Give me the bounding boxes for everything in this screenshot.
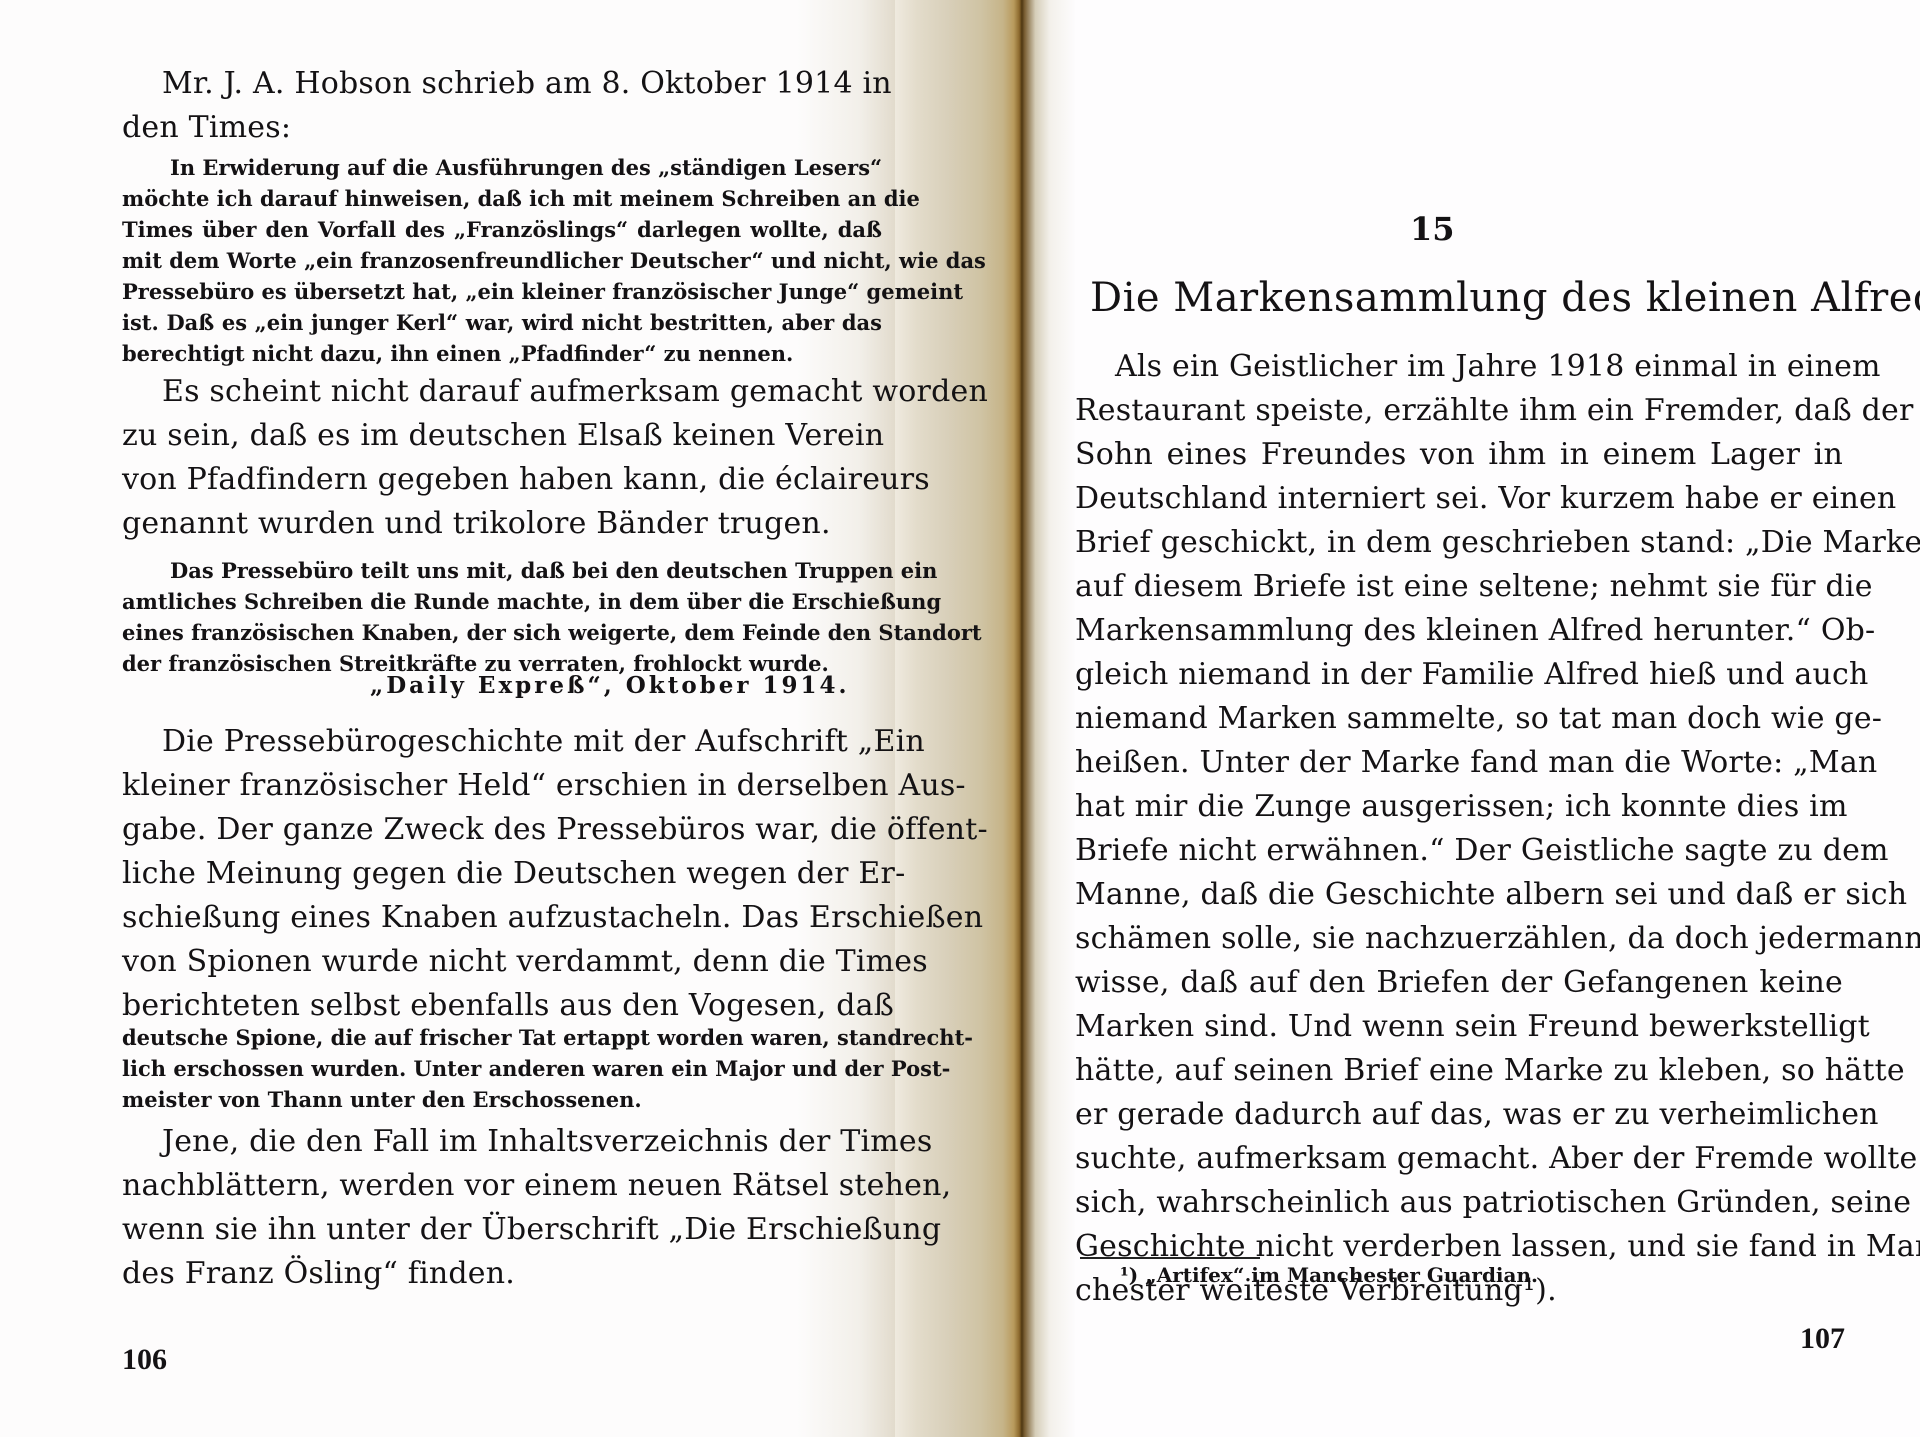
quote-daily-express: Das Pressebüro teilt uns mit, daß bei de… xyxy=(122,555,882,679)
text-line: Times über den Vorfall des „Französlings… xyxy=(122,214,882,245)
quote-source: „Daily Expreß“, Oktober 1914. xyxy=(370,672,850,699)
text-line: Sohn eines Freundes von ihm in einem Lag… xyxy=(1075,433,1843,477)
text-line: eines französischen Knaben, der sich wei… xyxy=(122,617,882,648)
text-line: Manne, daß die Geschichte albern sei und… xyxy=(1075,873,1843,917)
text-line: möchte ich darauf hinweisen, daß ich mit… xyxy=(122,183,882,214)
text-line: Als ein Geistlicher im Jahre 1918 einmal… xyxy=(1075,345,1843,389)
text-line: sich, wahrscheinlich aus patriotischen G… xyxy=(1075,1181,1843,1225)
chapter-body: Als ein Geistlicher im Jahre 1918 einmal… xyxy=(1075,345,1843,1313)
text-line: nachblättern, werden vor einem neuen Rät… xyxy=(122,1164,882,1208)
text-line: Briefe nicht erwähnen.“ Der Geistliche s… xyxy=(1075,829,1843,873)
text-line: hat mir die Zunge ausgerissen; ich konnt… xyxy=(1075,785,1843,829)
text-line: zu sein, daß es im deutschen Elsaß keine… xyxy=(122,414,882,458)
text-line: Das Pressebüro teilt uns mit, daß bei de… xyxy=(122,555,882,586)
text-line: In Erwiderung auf die Ausführungen des „… xyxy=(122,152,882,183)
text-line: Deutschland interniert sei. Vor kurzem h… xyxy=(1075,477,1843,521)
text-line: Jene, die den Fall im Inhaltsverzeichnis… xyxy=(122,1120,882,1164)
text-line: heißen. Unter der Marke fand man die Wor… xyxy=(1075,741,1843,785)
book-spread: Mr. J. A. Hobson schrieb am 8. Oktober 1… xyxy=(0,0,1920,1437)
text-line: von Pfadfindern gegeben haben kann, die … xyxy=(122,458,882,502)
text-line: hätte, auf seinen Brief eine Marke zu kl… xyxy=(1075,1049,1843,1093)
text-line: ist. Daß es „ein junger Kerl“ war, wird … xyxy=(122,307,882,338)
text-line: gleich niemand in der Familie Alfred hie… xyxy=(1075,653,1843,697)
text-line: Mr. J. A. Hobson schrieb am 8. Oktober 1… xyxy=(122,62,882,106)
text-line: lich erschossen wurden. Unter anderen wa… xyxy=(122,1053,882,1084)
text-line: amtliches Schreiben die Runde machte, in… xyxy=(122,586,882,617)
text-line: den Times: xyxy=(122,106,882,150)
text-line: von Spionen wurde nicht verdammt, denn d… xyxy=(122,940,882,984)
text-line: des Franz Ösling“ finden. xyxy=(122,1252,882,1296)
text-line: deutsche Spione, die auf frischer Tat er… xyxy=(122,1022,882,1053)
text-line: suchte, aufmerksam gemacht. Aber der Fre… xyxy=(1075,1137,1843,1181)
intro-paragraph: Mr. J. A. Hobson schrieb am 8. Oktober 1… xyxy=(122,62,882,150)
footnote-divider xyxy=(1080,1257,1260,1259)
chapter-title: Die Markensammlung des kleinen Alfred xyxy=(1090,275,1920,321)
text-line: niemand Marken sammelte, so tat man doch… xyxy=(1075,697,1843,741)
text-line: wenn sie ihn unter der Überschrift „Die … xyxy=(122,1208,882,1252)
text-line: berechtigt nicht dazu, ihn einen „Pfadfi… xyxy=(122,338,882,369)
paragraph-inhaltsverzeichnis: Jene, die den Fall im Inhaltsverzeichnis… xyxy=(122,1120,882,1296)
text-line: genannt wurden und trikolore Bänder trug… xyxy=(122,502,882,546)
page-number-left: 106 xyxy=(122,1343,167,1377)
text-line: gabe. Der ganze Zweck des Pressebüros wa… xyxy=(122,808,882,852)
text-line: Markensammlung des kleinen Alfred herunt… xyxy=(1075,609,1843,653)
text-line: Es scheint nicht darauf aufmerksam gemac… xyxy=(122,370,882,414)
text-line: Restaurant speiste, erzählte ihm ein Fre… xyxy=(1075,389,1843,433)
page-number-right: 107 xyxy=(1800,1322,1845,1356)
text-line: Brief geschickt, in dem geschrieben stan… xyxy=(1075,521,1843,565)
text-line: Pressebüro es übersetzt hat, „ein kleine… xyxy=(122,276,882,307)
text-line: Marken sind. Und wenn sein Freund bewerk… xyxy=(1075,1005,1843,1049)
text-line: mit dem Worte „ein franzosenfreundlicher… xyxy=(122,245,882,276)
text-line: liche Meinung gegen die Deutschen wegen … xyxy=(122,852,882,896)
paragraph-elsass: Es scheint nicht darauf aufmerksam gemac… xyxy=(122,370,882,546)
chapter-number: 15 xyxy=(1410,210,1455,248)
text-line: schämen solle, sie nachzuerzählen, da do… xyxy=(1075,917,1843,961)
quote-hobson-letter: In Erwiderung auf die Ausführungen des „… xyxy=(122,152,882,369)
text-line: Die Pressebürogeschichte mit der Aufschr… xyxy=(122,720,882,764)
text-line: er gerade dadurch auf das, was er zu ver… xyxy=(1075,1093,1843,1137)
paragraph-pressebuero: Die Pressebürogeschichte mit der Aufschr… xyxy=(122,720,882,1028)
footnote: ¹) „Artifex“ im Manchester Guardian. xyxy=(1120,1263,1538,1287)
text-line: wisse, daß auf den Briefen der Gefangene… xyxy=(1075,961,1843,1005)
text-line: kleiner französischer Held“ erschien in … xyxy=(122,764,882,808)
quote-times-spione: deutsche Spione, die auf frischer Tat er… xyxy=(122,1022,882,1115)
text-line: auf diesem Briefe ist eine seltene; nehm… xyxy=(1075,565,1843,609)
text-line: meister von Thann unter den Erschossenen… xyxy=(122,1084,882,1115)
text-line: schießung eines Knaben aufzustacheln. Da… xyxy=(122,896,882,940)
